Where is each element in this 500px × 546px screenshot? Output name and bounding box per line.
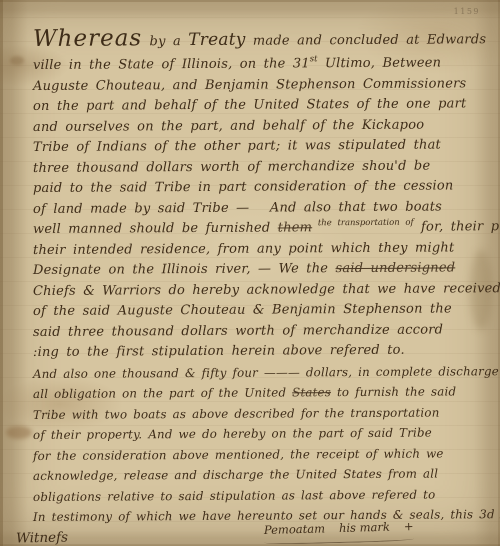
manuscript-line: of land made by said Tribe — And also th…: [33, 197, 500, 220]
manuscript-line: Tribe of Indians of the other part; it w…: [33, 135, 500, 158]
signature-block: Pemoatamhis mark+: [264, 518, 494, 545]
manuscript-line: ville in the State of Illinois, on the 3…: [33, 53, 500, 76]
manuscript-text-segment: said three thousand dollars worth of mer…: [33, 322, 443, 340]
manuscript-line: paid to the said Tribe in part considera…: [33, 176, 500, 199]
manuscript-line: well manned should be furnished them the…: [33, 217, 500, 240]
manuscript-text-segment: them: [278, 220, 313, 235]
manuscript-text-segment: of their property. And we do hereby on t…: [33, 426, 432, 442]
manuscript-line: Chiefs & Warriors do hereby acknowledge …: [33, 279, 500, 302]
manuscript-line: all obligation on the part of the United…: [33, 381, 500, 404]
manuscript-text-segment: Tribe with two boats as above described …: [33, 405, 440, 421]
manuscript-text-segment: said undersigned: [335, 260, 455, 276]
manuscript-line: of the said Auguste Chouteau & Benjamin …: [33, 299, 500, 322]
manuscript-line: obligations relative to said stipulation…: [33, 484, 500, 507]
manuscript-text-segment: Tribe of Indians of the other part; it w…: [33, 138, 441, 155]
manuscript-text-segment: States: [292, 385, 331, 399]
manuscript-line: acknowledge, release and discharge the U…: [33, 463, 500, 486]
manuscript-text-segment: :ing to the first stipulation herein abo…: [33, 343, 405, 360]
signature-mark-symbol: +: [404, 519, 414, 533]
signature-partial-line: [264, 535, 414, 545]
manuscript-line: three thousand dollars worth of merchand…: [33, 156, 500, 179]
manuscript-line: :ing to the first stipulation herein abo…: [33, 340, 500, 363]
manuscript-line: And also one thousand & fifty four ——— d…: [33, 361, 500, 384]
manuscript-line: their intended residence, from any point…: [33, 238, 500, 261]
manuscript-text-segment: and ourselves on the part, and behalf of…: [33, 117, 424, 134]
manuscript-text-segment: their intended residence, from any point…: [33, 240, 455, 258]
pencil-page-annotation: 1159: [454, 7, 480, 16]
manuscript-text-segment: to furnish the said: [331, 384, 456, 399]
manuscript-text-segment: three thousand dollars worth of merchand…: [33, 158, 430, 175]
manuscript-text-segment: And also one thousand & fifty four ——— d…: [33, 364, 500, 381]
manuscript-text-segment: Auguste Chouteau, and Benjamin Stephenso…: [33, 76, 467, 94]
manuscript-line: Tribe with two boats as above described …: [33, 402, 500, 425]
manuscript-line: Designate on the Illinois river, — We th…: [33, 258, 500, 281]
manuscript-page: 1159 Whereas by a Treaty made and conclu…: [0, 0, 500, 546]
manuscript-lines: Whereas by a Treaty made and concluded a…: [33, 22, 500, 528]
manuscript-text-segment: all obligation on the part of the United: [33, 385, 292, 401]
manuscript-text-segment: Chiefs & Warriors do hereby acknowledge …: [33, 281, 500, 299]
manuscript-text-segment: ville in the State of Illinois, on the 3…: [33, 56, 310, 73]
manuscript-text-segment: Whereas: [33, 25, 142, 52]
signature-mark-label: his mark: [339, 520, 390, 535]
manuscript-text-segment: by a: [142, 34, 188, 49]
manuscript-text-segment: st: [310, 54, 318, 64]
manuscript-text-segment: of land made by said Tribe — And also th…: [33, 199, 442, 216]
manuscript-text-segment: on the part and behalf of the United Sta…: [33, 96, 466, 114]
manuscript-text-segment: made and concluded at Edwards: [245, 32, 486, 48]
manuscript-text-segment: Ultimo, Between: [318, 56, 442, 72]
manuscript-text-segment: well manned should be furnished: [33, 221, 278, 237]
manuscript-text-segment: paid to the said Tribe in part considera…: [33, 178, 454, 196]
paper-stain: [6, 426, 32, 439]
manuscript-text-segment: acknowledge, release and discharge the U…: [33, 467, 438, 483]
manuscript-text-segment: Treaty: [188, 30, 245, 50]
manuscript-text-segment: for, their property to: [414, 219, 500, 235]
manuscript-line: for the consideration above mentioned, t…: [33, 443, 500, 466]
manuscript-text-segment: the transportation of: [312, 218, 414, 229]
manuscript-text-segment: Designate on the Illinois river, — We th…: [33, 261, 336, 278]
manuscript-line: Auguste Chouteau, and Benjamin Stephenso…: [33, 74, 500, 97]
signer-name: Pemoatam: [264, 521, 325, 537]
manuscript-line: said three thousand dollars worth of mer…: [33, 320, 500, 343]
witness-label: Witnefs: [16, 530, 68, 546]
manuscript-line: of their property. And we do hereby on t…: [33, 422, 500, 445]
manuscript-line: Whereas by a Treaty made and concluded a…: [33, 19, 500, 56]
manuscript-text-segment: of the said Auguste Chouteau & Benjamin …: [33, 301, 452, 319]
manuscript-text-segment: obligations relative to said stipulation…: [33, 487, 435, 503]
manuscript-text-segment: for the consideration above mentioned, t…: [33, 446, 444, 463]
paper-stain: [10, 56, 24, 65]
manuscript-line: and ourselves on the part, and behalf of…: [33, 115, 500, 138]
manuscript-line: on the part and behalf of the United Sta…: [33, 94, 500, 117]
